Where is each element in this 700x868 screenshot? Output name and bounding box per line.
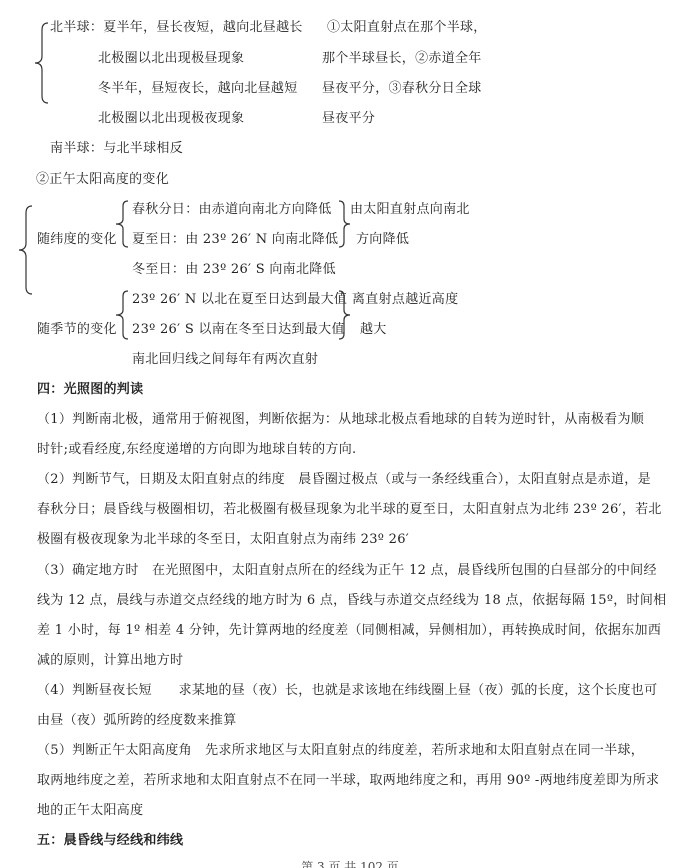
noon-sun-heading: ②正午太阳高度的变化 [36, 172, 169, 188]
season-summary-line1: 离直射点越近高度 [352, 292, 458, 308]
section4-item5-line2: 取两地纬度之差，若所求地和太阳直射点不在同一半球，取两地纬度之和，再用 90º … [37, 773, 659, 789]
brace-latitude-summary [337, 200, 351, 248]
section4-item5-line1: （5）判断正午太阳高度角 先求所求地区与太阳直射点的纬度差，若所求地和太阳直射点… [37, 743, 644, 759]
brace-noon-sun-outer [16, 205, 34, 295]
summer-solstice-line: 夏至日：由 23º 26′ N 向南北降低 [132, 232, 338, 248]
tropics-line: 南北回归线之间每年有两次直射 [132, 352, 318, 368]
northern-hemisphere-line2: 北极圈以北出现极昼现象 [98, 51, 244, 67]
brace-by-latitude [114, 200, 130, 248]
season-south-line: 23º 26′ S 以南在冬至日达到最大值 [132, 322, 345, 338]
section4-item1-line1: （1）判断南北极，通常用于俯视图，判断依据为：从地球北极点看地球的自转为逆时针，… [37, 412, 644, 428]
section4-item4-line1: （4）判断昼夜长短 求某地的昼（夜）长，也就是求该地在纬线圈上昼（夜）弧的长度，… [37, 683, 657, 699]
northern-hemisphere-line4: 北极圈以北出现极夜现象 [98, 111, 244, 127]
section4-item1-line2: 时针;或看经度,东经度递增的方向即为地球自转的方向. [37, 442, 356, 458]
season-north-line: 23º 26′ N 以北在夏至日达到最大值 [132, 292, 347, 308]
northern-hemisphere-line3: 冬半年，昼短夜长，越向北昼越短 [98, 81, 298, 97]
document-page: 北半球：夏半年，昼长夜短，越向北昼越长 北极圈以北出现极昼现象 冬半年，昼短夜长… [0, 0, 700, 868]
northern-hemisphere-line1: 北半球：夏半年，昼长夜短，越向北昼越长 [50, 20, 303, 36]
note-line2: 那个半球昼长，②赤道全年 [322, 51, 482, 67]
brace-northern-hemisphere [32, 22, 50, 104]
section4-item4-line2: 由昼（夜）弧所跨的经度数来推算 [37, 713, 237, 729]
latitude-summary-line2: 方向降低 [356, 232, 409, 248]
season-summary-line2: 越大 [360, 322, 387, 338]
note-line3: 昼夜平分，③春秋分日全球 [322, 81, 482, 97]
brace-season-summary [337, 290, 351, 340]
equinox-line: 春秋分日：由赤道向南北方向降低 [132, 202, 332, 218]
section4-item5-line3: 地的正午太阳高度 [37, 803, 143, 819]
latitude-summary-line1: 由太阳直射点向南北 [350, 202, 470, 218]
section4-item3-line2: 线为 12 点，晨线与赤道交点经线的地方时为 6 点，昏线与赤道交点经线为 18… [37, 593, 666, 609]
note-line4: 昼夜平分 [322, 111, 375, 127]
section4-heading: 四：光照图的判读 [37, 382, 143, 398]
note-line1: ①太阳直射点在那个半球， [327, 20, 487, 36]
section4-item3-line1: （3）确定地方时 在光照图中，太阳直射点所在的经线为正午 12 点，晨昏线所包围… [37, 563, 657, 579]
by-season-label: 随季节的变化 [37, 322, 117, 338]
by-latitude-label: 随纬度的变化 [37, 232, 117, 248]
section4-item2-line2: 春秋分日；晨昏线与极圈相切，若北极圈有极昼现象为北半球的夏至日，太阳直射点为北纬… [37, 502, 662, 518]
section4-item3-line3: 差 1 小时，每 1º 相差 4 分钟，先计算两地的经度差（同侧相减，异侧相加）… [37, 623, 661, 639]
section5-heading: 五：晨昏线与经线和纬线 [37, 833, 183, 849]
section4-item3-line4: 减的原则，计算出地方时 [37, 653, 183, 669]
page-footer: 第 3 页 共 102 页 [0, 860, 700, 868]
section4-item2-line1: （2）判断节气，日期及太阳直射点的纬度 晨昏圈过极点（或与一条经线重合），太阳直… [37, 472, 651, 488]
winter-solstice-line: 冬至日：由 23º 26′ S 向南北降低 [132, 262, 336, 278]
southern-hemisphere: 南半球：与北半球相反 [50, 141, 183, 157]
section4-item2-line3: 极圈有极夜现象为北半球的冬至日，太阳直射点为南纬 23º 26′ [37, 532, 409, 548]
